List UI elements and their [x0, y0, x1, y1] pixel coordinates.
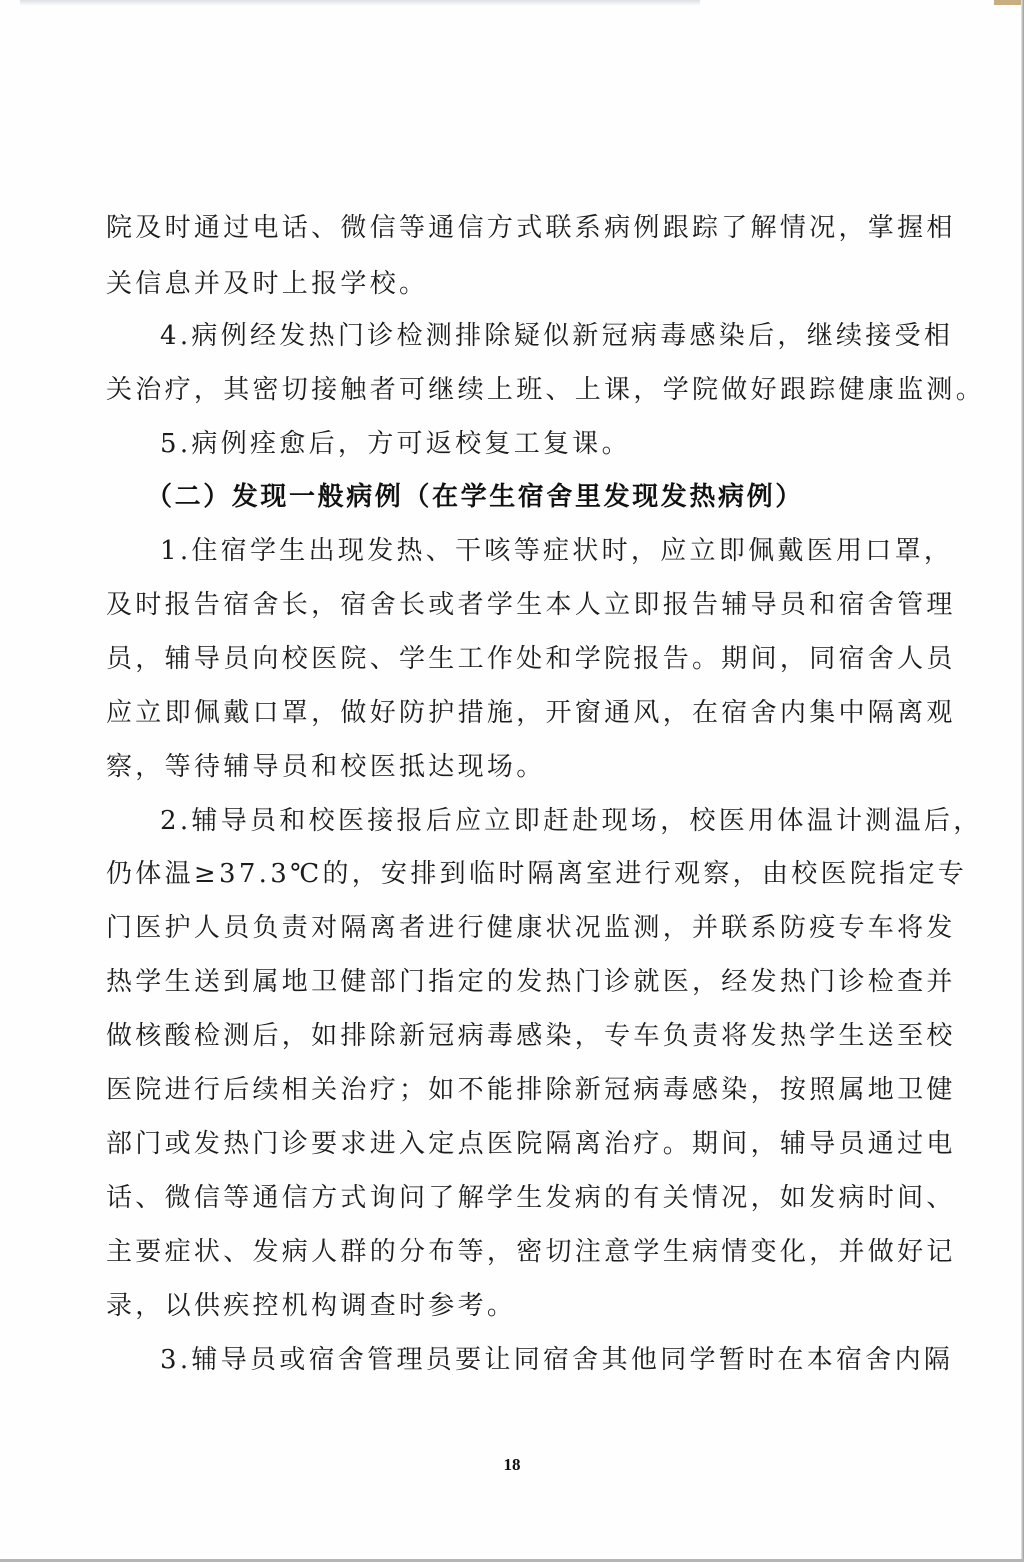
text-line: 医院进行后续相关治疗；如不能排除新冠病毒感染，按照属地卫健	[106, 1074, 956, 1106]
text-line: 关治疗，其密切接触者可继续上班、上课，学院做好跟踪健康监测。	[106, 374, 985, 406]
page-corner	[994, 0, 1024, 5]
text-line: 关信息并及时上报学校。	[106, 268, 428, 300]
text-line: 仍体温≥37.3℃的，安排到临时隔离室进行观察，由校医院指定专	[106, 858, 967, 890]
text-line: 门医护人员负责对隔离者进行健康状况监测，并联系防疫专车将发	[106, 912, 956, 944]
document-page: 院及时通过电话、微信等通信方式联系病例跟踪了解情况，掌握相关信息并及时上报学校。…	[0, 0, 1024, 1562]
text-line: 2.辅导员和校医接报后应立即赶赴现场，校医用体温计测温后，	[160, 805, 983, 837]
text-line: 做核酸检测后，如排除新冠病毒感染，专车负责将发热学生送至校	[106, 1020, 956, 1052]
text-line: 主要症状、发病人群的分布等，密切注意学生病情变化，并做好记	[106, 1236, 956, 1268]
text-line: 员，辅导员向校医院、学生工作处和学院报告。期间，同宿舍人员	[106, 643, 956, 675]
section-heading: （二）发现一般病例（在学生宿舍里发现发热病例）	[146, 481, 804, 513]
text-line: 5.病例痊愈后，方可返校复工复课。	[160, 428, 631, 460]
text-line: 话、微信等通信方式询问了解学生发病的有关情况，如发病时间、	[106, 1182, 956, 1214]
scan-bleed-through	[20, 0, 700, 6]
text-line: 3.辅导员或宿舍管理员要让同宿舍其他同学暂时在本宿舍内隔	[160, 1344, 953, 1376]
text-line: 录，以供疾控机构调查时参考。	[106, 1290, 516, 1322]
text-line: 4.病例经发热门诊检测排除疑似新冠病毒感染后，继续接受相	[160, 320, 953, 352]
text-line: 及时报告宿舍长，宿舍长或者学生本人立即报告辅导员和宿舍管理	[106, 589, 956, 621]
text-line: 应立即佩戴口罩，做好防护措施，开窗通风，在宿舍内集中隔离观	[106, 697, 956, 729]
text-line: 1.住宿学生出现发热、干咳等症状时，应立即佩戴医用口罩，	[160, 535, 953, 567]
text-line: 察，等待辅导员和校医抵达现场。	[106, 751, 546, 783]
page-number: 18	[0, 1455, 1024, 1475]
text-line: 部门或发热门诊要求进入定点医院隔离治疗。期间，辅导员通过电	[106, 1128, 956, 1160]
text-line: 院及时通过电话、微信等通信方式联系病例跟踪了解情况，掌握相	[106, 212, 956, 244]
text-line: 热学生送到属地卫健部门指定的发热门诊就医，经发热门诊检查并	[106, 966, 956, 998]
